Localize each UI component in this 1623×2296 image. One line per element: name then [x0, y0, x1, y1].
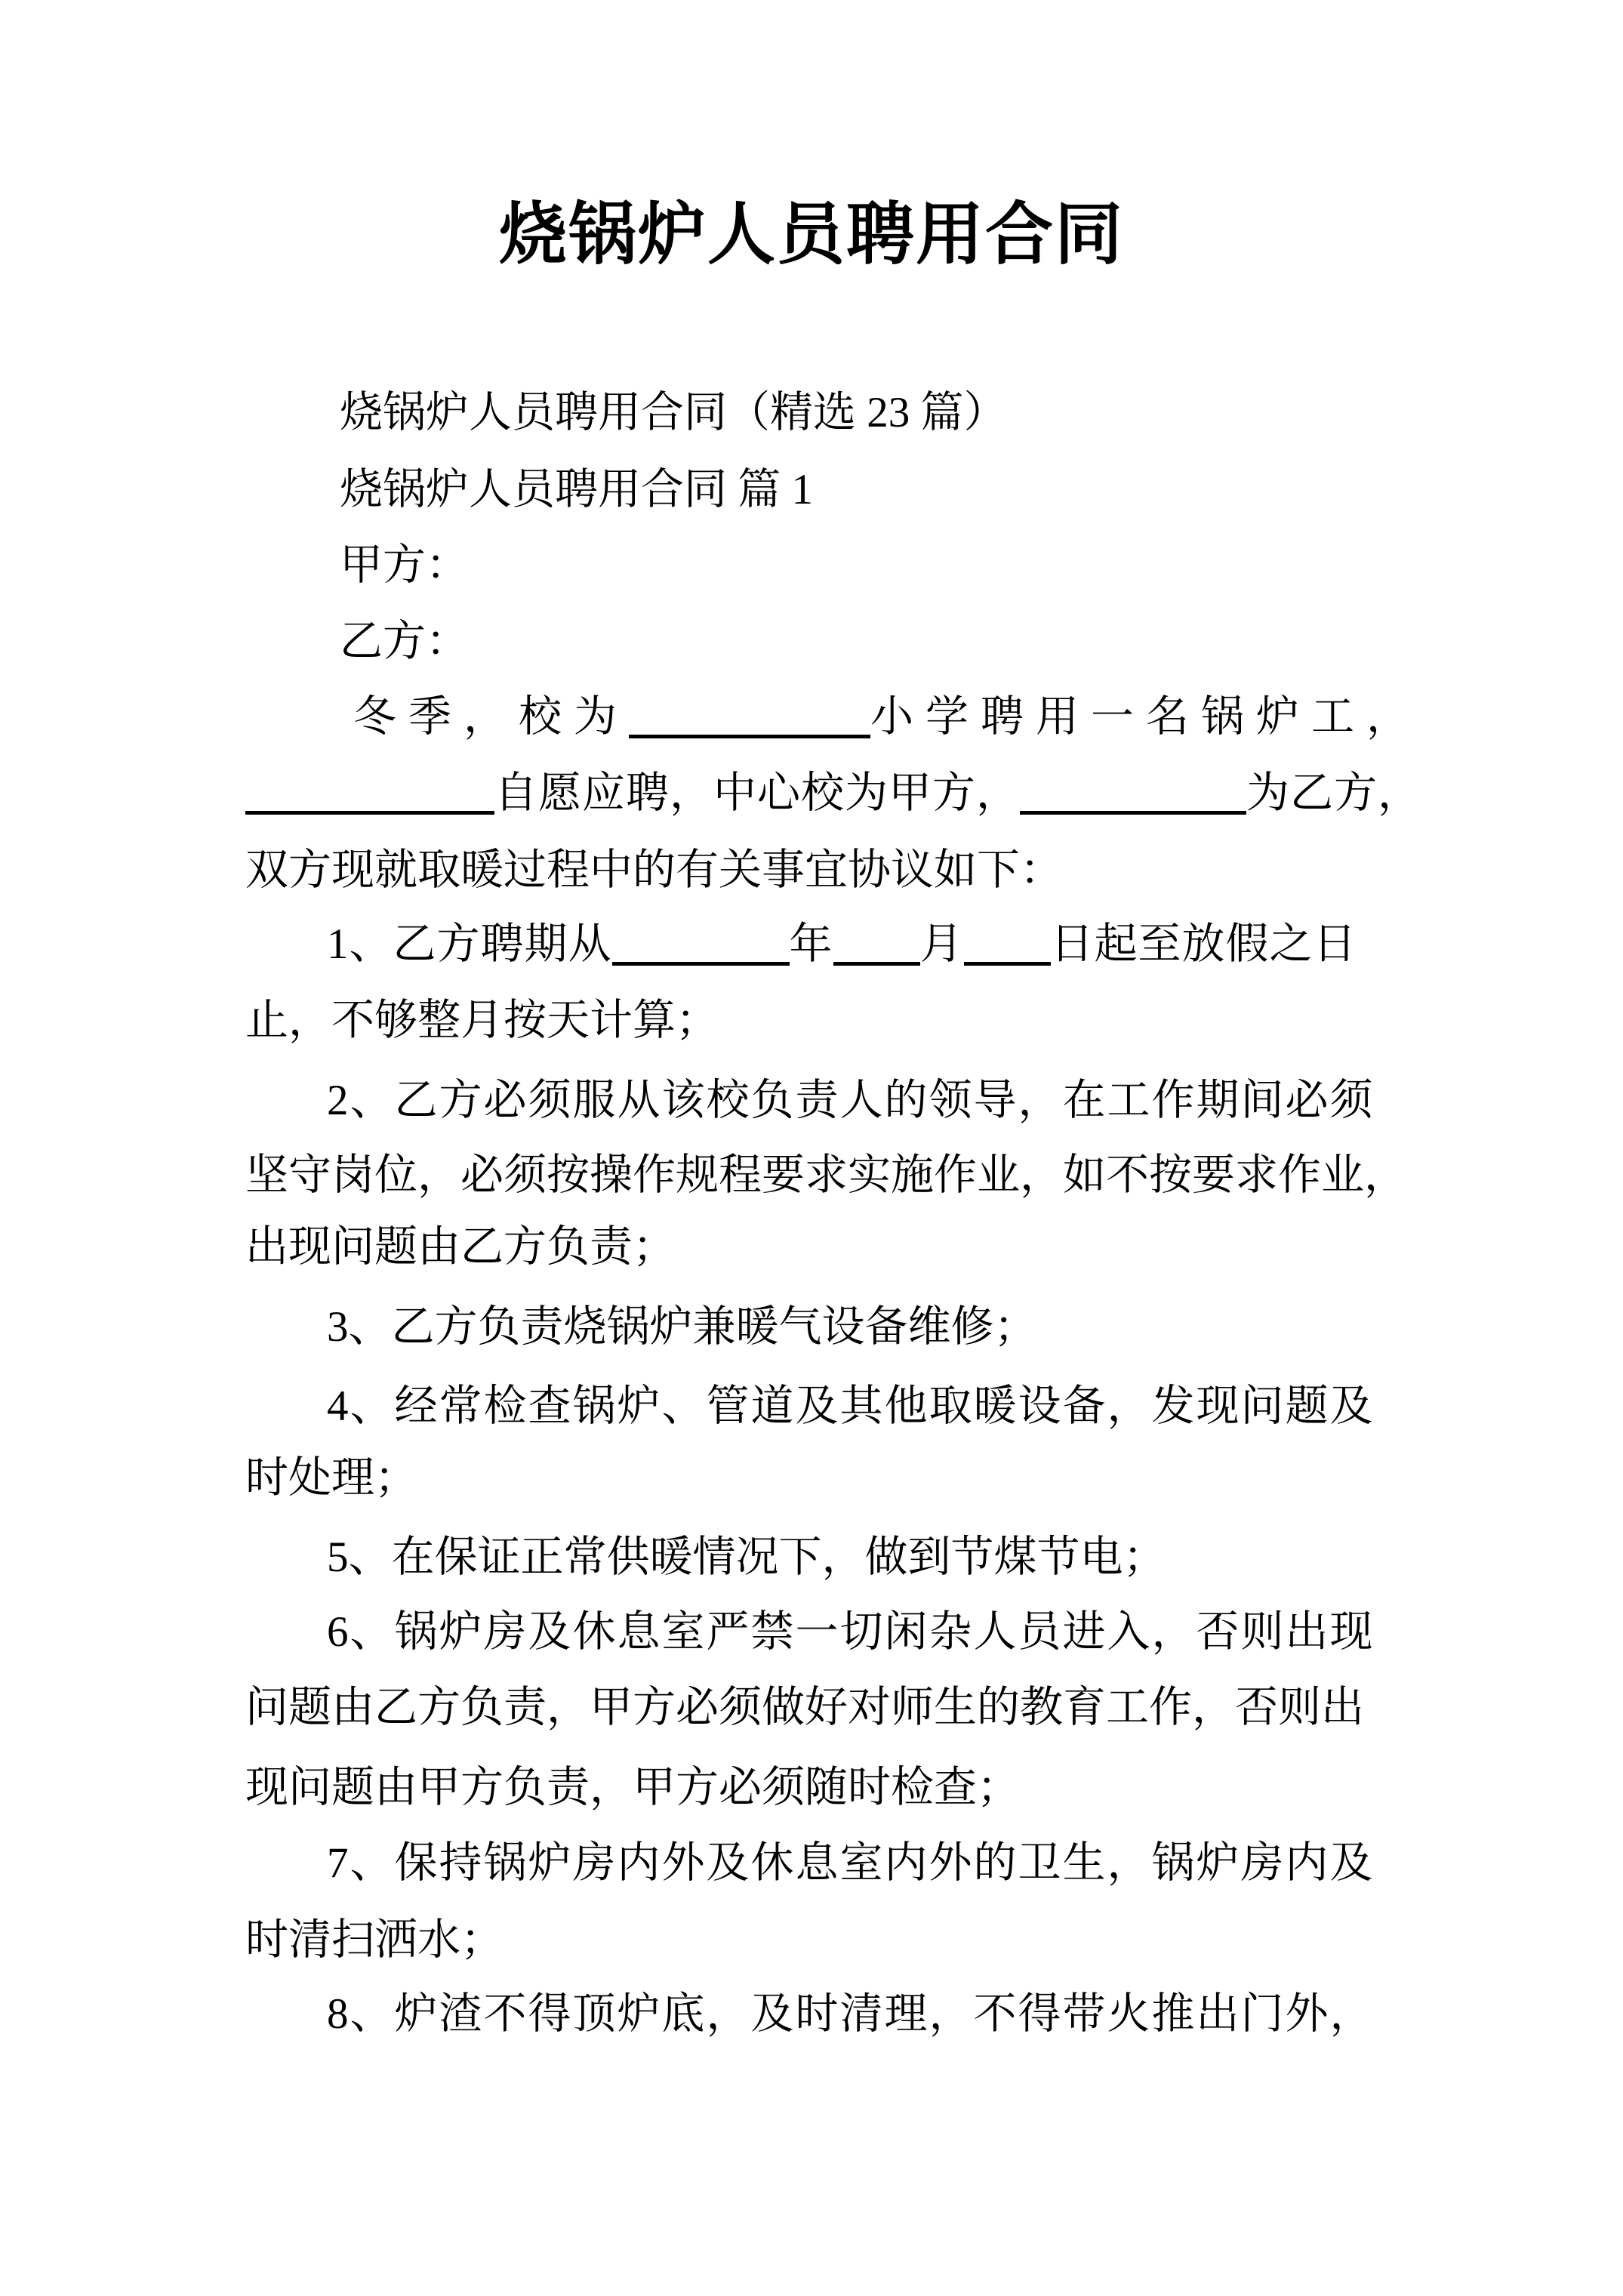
document-line: 4、经常检查锅炉、管道及其他取暖设备，发现问题及 [327, 1385, 1375, 1428]
document-line: 甲方： [340, 544, 469, 587]
blank-underline [833, 923, 920, 966]
text-segment: 乙方： [340, 618, 469, 665]
document-line: 5、在保证正常供暖情况下，做到节煤节电； [327, 1536, 1166, 1579]
document-line: 乙方： [340, 620, 469, 663]
text-segment: 2、乙方必须服从该校负责人的领导，在工作期间必须 [327, 1077, 1375, 1124]
text-segment: 自愿应聘，中心校为甲方， [494, 769, 1020, 817]
text-segment: 6、锅炉房及休息室严禁一切闲杂人员进入，否则出现 [327, 1608, 1375, 1656]
text-segment: 3、乙方负责烧锅炉兼暖气设备维修； [327, 1303, 1037, 1351]
document-line: 出现问题由乙方负责； [245, 1225, 676, 1268]
text-segment: 出现问题由乙方负责； [245, 1223, 676, 1271]
text-segment: 为乙方， [1246, 769, 1421, 817]
text-segment: 5、在保证正常供暖情况下，做到节煤节电； [327, 1533, 1166, 1581]
text-segment: 甲方： [340, 541, 469, 589]
text-segment: 问题由乙方负责，甲方必须做好对师生的教育工作，否则出 [245, 1684, 1364, 1731]
text-segment: 7、保持锅炉房内外及休息室内外的卫生，锅炉房内及 [327, 1839, 1375, 1887]
document-line: 止，不够整月按天计算； [245, 999, 719, 1042]
text-segment: 1、乙方聘期从 [327, 920, 612, 968]
document-line: 双方现就取暖过程中的有关事宜协议如下： [245, 849, 1063, 892]
text-segment: 坚守岗位，必须按操作规程要求实施作业，如不按要求作业， [245, 1151, 1407, 1199]
text-segment: 时清扫洒水； [245, 1916, 504, 1964]
document-line: 1、乙方聘期从年月日起至放假之日 [327, 923, 1357, 966]
document-line: 现问题由甲方负责，甲方必须随时检查； [245, 1766, 1020, 1809]
text-segment: 4、经常检查锅炉、管道及其他取暖设备，发现问题及 [327, 1382, 1375, 1430]
text-segment: 双方现就取暖过程中的有关事宜协议如下： [245, 846, 1063, 894]
document-line: 2、乙方必须服从该校负责人的领导，在工作期间必须 [327, 1079, 1375, 1122]
blank-underline [245, 772, 494, 815]
blank-underline [629, 695, 870, 738]
document-line: 6、锅炉房及休息室严禁一切闲杂人员进入，否则出现 [327, 1610, 1375, 1653]
document-line: 自愿应聘，中心校为甲方，为乙方， [245, 772, 1421, 815]
document-line: 坚守岗位，必须按操作规程要求实施作业，如不按要求作业， [245, 1154, 1407, 1197]
text-segment: 冬季，校为 [353, 693, 629, 741]
text-segment: 现问题由甲方负责，甲方必须随时检查； [245, 1764, 1020, 1811]
contract-page: 烧锅炉人员聘用合同 烧锅炉人员聘用合同（精选 23 篇）烧锅炉人员聘用合同 篇 … [0, 0, 1623, 2296]
document-line: 时清扫洒水； [245, 1918, 504, 1962]
document-line: 烧锅炉人员聘用合同 篇 1 [340, 468, 813, 511]
text-segment: 小学聘用一名锅炉工， [870, 693, 1421, 741]
text-segment: 月 [920, 920, 964, 968]
document-line: 冬季，校为小学聘用一名锅炉工， [353, 695, 1421, 738]
blank-underline [964, 923, 1051, 966]
text-segment: 时处理； [245, 1454, 417, 1502]
blank-underline [1020, 772, 1246, 815]
document-title: 烧锅炉人员聘用合同 [0, 202, 1623, 270]
document-line: 8、炉渣不得顶炉底，及时清理，不得带火推出门外， [327, 1992, 1375, 2036]
document-line: 问题由乙方负责，甲方必须做好对师生的教育工作，否则出 [245, 1686, 1364, 1729]
document-line: 3、乙方负责烧锅炉兼暖气设备维修； [327, 1305, 1037, 1348]
text-segment: 烧锅炉人员聘用合同（精选 23 篇） [340, 389, 1007, 436]
text-segment: 烧锅炉人员聘用合同 篇 1 [340, 466, 813, 513]
text-segment: 日起至放假之日 [1051, 920, 1357, 968]
document-line: 时处理； [245, 1456, 417, 1499]
text-segment: 年 [790, 920, 833, 968]
document-line: 烧锅炉人员聘用合同（精选 23 篇） [340, 391, 1007, 434]
text-segment: 止，不够整月按天计算； [245, 997, 719, 1044]
document-line: 7、保持锅炉房内外及休息室内外的卫生，锅炉房内及 [327, 1841, 1375, 1885]
blank-underline [612, 923, 790, 966]
text-segment: 8、炉渣不得顶炉底，及时清理，不得带火推出门外， [327, 1990, 1375, 2038]
